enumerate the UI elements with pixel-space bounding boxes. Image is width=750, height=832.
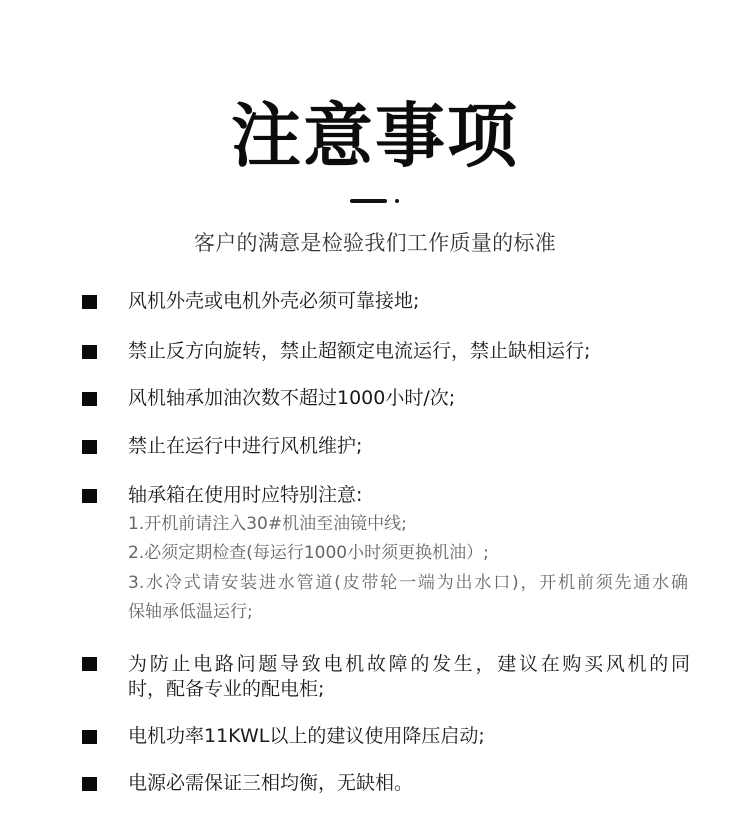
square-bullet-icon [82, 345, 97, 359]
note-text: 风机外壳或电机外壳必须可靠接地; [128, 288, 690, 314]
sub-item: 3.水冷式请安装进水管道(皮带轮一端为出水口)，开机前须先通水确 [128, 570, 698, 596]
note-text: 禁止反方向旋转，禁止超额定电流运行，禁止缺相运行; [128, 338, 690, 364]
note-text: 轴承箱在使用时应特别注意: [128, 482, 690, 508]
title-divider [350, 199, 410, 205]
note-text: 禁止在运行中进行风机维护; [128, 433, 690, 459]
square-bullet-icon [82, 392, 97, 406]
sub-item-line: 3.水冷式请安装进水管道(皮带轮一端为出水口)，开机前须先通水确 [128, 570, 688, 596]
square-bullet-icon [82, 440, 97, 454]
sub-item: 1.开机前请注入30#机油至油镜中线; [128, 511, 698, 537]
page-title: 注意事项 [0, 88, 750, 184]
sub-item-continuation: 保轴承低温运行; [128, 599, 698, 625]
note-text: 为防止电路问题导致电机故障的发生，建议在购买风机的同 [128, 651, 690, 677]
square-bullet-icon [82, 489, 97, 503]
note-text: 电源必需保证三相均衡，无缺相。 [128, 770, 690, 796]
note-text: 风机轴承加油次数不超过1000小时/次; [128, 385, 690, 411]
page-subtitle: 客户的满意是检验我们工作质量的标准 [0, 228, 750, 258]
square-bullet-icon [82, 730, 97, 744]
square-bullet-icon [82, 657, 97, 671]
note-text-line: 为防止电路问题导致电机故障的发生，建议在购买风机的同 [128, 651, 690, 677]
sub-item: 2.必须定期检查(每运行1000小时须更换机油）; [128, 540, 698, 566]
note-text: 电机功率11KWL以上的建议使用降压启动; [128, 723, 690, 749]
divider-dot [395, 199, 399, 203]
square-bullet-icon [82, 777, 97, 791]
square-bullet-icon [82, 295, 97, 309]
note-text-continuation: 时，配备专业的配电柜; [128, 676, 690, 702]
divider-bar [350, 199, 387, 203]
